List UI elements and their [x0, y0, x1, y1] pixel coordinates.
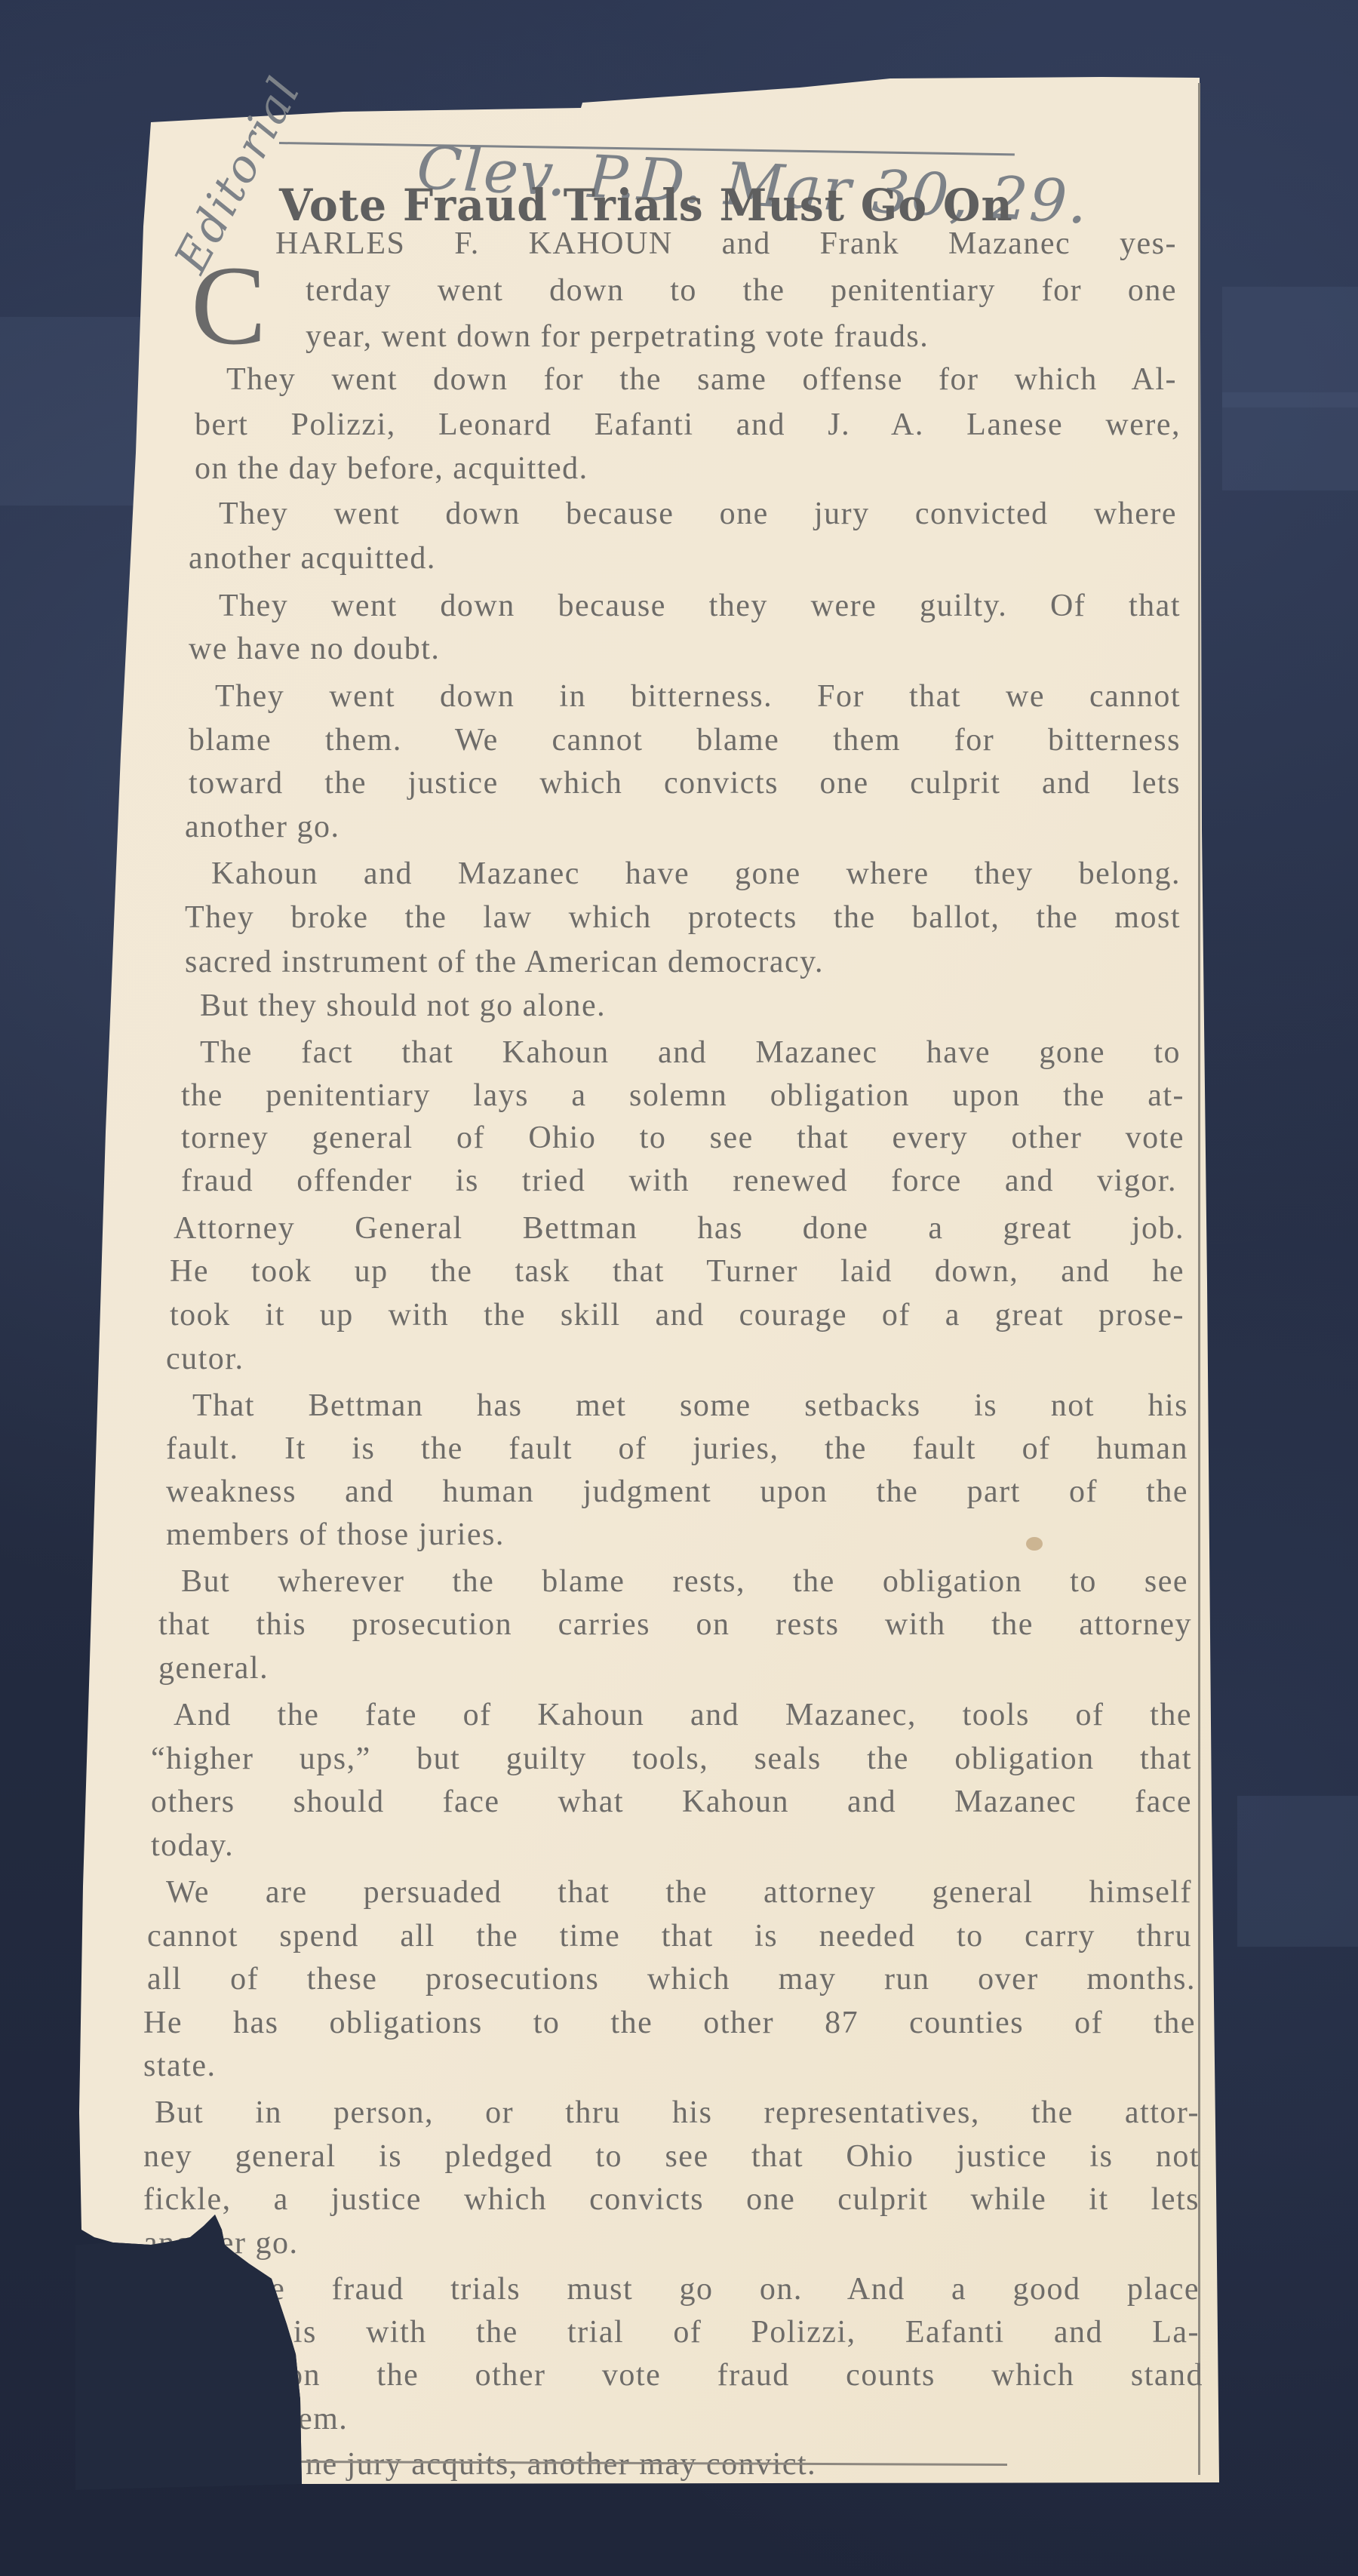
- article-line: vote fraud trials must go on. And a good…: [226, 2271, 1200, 2307]
- article-line: that this prosecution carries on rests w…: [158, 1606, 1192, 1643]
- article-line: toward the justice which convicts one cu…: [189, 765, 1181, 801]
- article-line: He took up the task that Turner laid dow…: [170, 1253, 1184, 1290]
- article-line: others should face what Kahoun and Mazan…: [151, 1784, 1192, 1820]
- article-line: fault. It is the fault of juries, the fa…: [166, 1431, 1188, 1467]
- article-line: But in person, or thru his representativ…: [155, 2095, 1200, 2131]
- article-line: fickle, a justice which convicts one cul…: [143, 2181, 1200, 2218]
- article-line: weakness and human judgment upon the par…: [166, 1474, 1188, 1510]
- article-line: blame them. We cannot blame them for bit…: [189, 722, 1181, 758]
- article-line: He has obligations to the other 87 count…: [143, 2005, 1196, 2041]
- article-line: another acquitted.: [189, 540, 679, 576]
- article-line: But they should not go alone.: [200, 988, 747, 1024]
- article-line: the penitentiary lays a solemn obligatio…: [181, 1077, 1184, 1114]
- article-line: state.: [143, 2048, 257, 2084]
- newspaper-clipping: Clev. P.D. Mar 30, 29. Editorial Vote Fr…: [0, 0, 1358, 2576]
- article-line: They went down in bitterness. For that w…: [215, 678, 1181, 715]
- article-line: sacred instrument of the American democr…: [185, 944, 1034, 980]
- article-line: members of those juries.: [166, 1517, 619, 1553]
- article-line: rt is with the trial of Polizzi, Eafanti…: [223, 2314, 1200, 2350]
- article-line: HARLES F. KAHOUN and Frank Mazanec yes-: [275, 226, 1177, 262]
- article-line: “higher ups,” but guilty tools, seals th…: [151, 1741, 1192, 1777]
- article-line: on the other vote fraud counts which sta…: [287, 2357, 1203, 2393]
- article-line: general.: [158, 1650, 317, 1686]
- article-line: all of these prosecutions which may run …: [147, 1961, 1196, 1997]
- article-line: torney general of Ohio to see that every…: [181, 1120, 1184, 1156]
- article-line: today.: [151, 1827, 287, 1864]
- article-line: cutor.: [166, 1341, 302, 1377]
- headline: Vote Fraud Trials Must Go On: [279, 180, 1174, 231]
- article-line: They broke the law which protects the ba…: [185, 899, 1181, 936]
- article-line: We are persuaded that the attorney gener…: [166, 1874, 1192, 1910]
- article-line: another go.: [143, 2225, 490, 2261]
- article-line: em.: [298, 2401, 347, 2437]
- article-line: Kahoun and Mazanec have gone where they …: [211, 856, 1181, 892]
- article-line: took it up with the skill and courage of…: [170, 1297, 1184, 1333]
- article-line: ney general is pledged to see that Ohio …: [143, 2138, 1200, 2175]
- article-line: Th: [162, 2271, 204, 2307]
- article-line: cannot spend all the time that is needed…: [147, 1918, 1192, 1954]
- article-line: on the day before, acquitted.: [195, 450, 754, 487]
- paper-stain: [1026, 1537, 1043, 1551]
- article-line: another go.: [185, 809, 528, 845]
- article-line: Attorney General Bettman has done a grea…: [174, 1210, 1184, 1247]
- article-line: we have no doubt.: [189, 631, 679, 667]
- article-line: year, went down for perpetrating vote fr…: [306, 318, 1109, 355]
- article-line: That Bettman has met some setbacks is no…: [192, 1388, 1188, 1424]
- article-line: But wherever the blame rests, the obliga…: [181, 1563, 1188, 1600]
- article-line: They went down for the same offense for …: [226, 361, 1177, 398]
- article-line: fraud offender is tried with renewed for…: [181, 1163, 1177, 1199]
- article-line: The fact that Kahoun and Mazanec have go…: [200, 1034, 1181, 1071]
- drop-cap: C: [191, 249, 266, 362]
- article-line: They went down because one jury convicte…: [219, 496, 1177, 532]
- article-line: bert Polizzi, Leonard Eafanti and J. A. …: [195, 407, 1181, 443]
- article-line: They went down because they were guilty.…: [219, 588, 1181, 624]
- article-line: And the fate of Kahoun and Mazanec, tool…: [174, 1697, 1192, 1733]
- article-line: terday went down to the penitentiary for…: [306, 272, 1177, 309]
